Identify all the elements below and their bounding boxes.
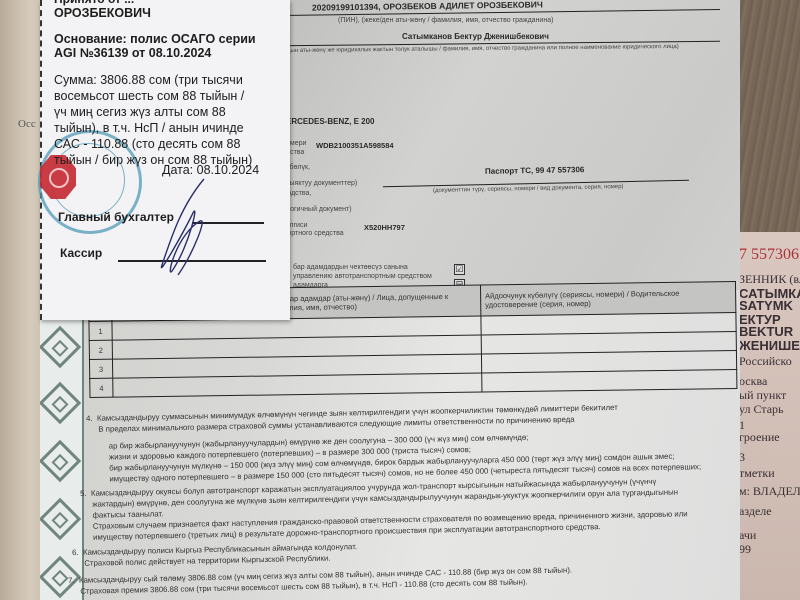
ornament-icon [40, 382, 81, 424]
row-num: 2 [89, 340, 112, 359]
cashier-label: Кассир [60, 246, 102, 260]
clause-4: 4. Камсыздандыруу суммасынын минимумдук … [86, 400, 701, 485]
owner-name: Сатымканов Бектур Дженишбекович [402, 32, 549, 41]
passport-text-line: тметки [739, 466, 775, 481]
ornament-icon [40, 440, 81, 482]
clause-number: 6. [72, 548, 79, 557]
license-cell [482, 369, 737, 392]
basis-line-1: Основание: полис ОСАГО серии [54, 32, 256, 46]
unlimited-drivers-checkbox[interactable]: ☑ [454, 264, 465, 275]
doc-label-2: сыяктуу документтер) [286, 180, 357, 187]
passport-text-line: азделе [739, 504, 772, 519]
passport-text-line: ул Старь [739, 402, 784, 417]
passport-text-line: BEKTUR [739, 324, 793, 339]
vehicle-passport: 7 557306 ЗЕННИК (влСАТЫМКАНSATYMKЕКТУРBE… [735, 232, 800, 600]
sum-line-1: Сумма: 3806.88 сом (три тысячи [54, 73, 243, 87]
doc-label-4: логичный документ) [286, 206, 352, 213]
passport-text-line: ЗЕННИК (вл [739, 272, 800, 287]
clause-number: 5. [80, 489, 87, 498]
header-license: Айдоочунук күбөлүгү (сериясы, номери) / … [480, 281, 735, 316]
plate-label-2: юртного средства [286, 230, 344, 237]
passport-text-line: ый пункт [739, 388, 786, 403]
unlimited-label-2: управлению автотранспортным средством [293, 273, 432, 280]
sum-line-5: САС - 110.88 (сто десять сом 88 [54, 137, 240, 151]
row-num: 3 [89, 359, 112, 378]
passport-text-line: SATYMK [739, 298, 793, 313]
plate-number: X520HH797 [364, 223, 405, 232]
passport-number: 7 557306 [739, 246, 799, 264]
passport-text-line: Российско [739, 354, 792, 369]
sum-line-2: восемьсот шесть сом 88 тыйын / [54, 89, 244, 103]
passport-text-line: м: ВЛАДЕЛ [739, 484, 800, 499]
passport-text-line: гроение [739, 430, 780, 445]
payer-patronymic: ОРОЗБЕКОВИЧ [54, 6, 151, 20]
signature-scribble [142, 175, 222, 285]
sum-line-4: тыйын), в т.ч. НсП / анын ичинде [54, 121, 244, 135]
ornament-icon [40, 326, 81, 368]
vin-value: WDB2100351A598584 [316, 141, 394, 150]
passport-text-line: 99 [739, 542, 751, 557]
passport-text-line: ачи [739, 528, 756, 543]
row-num: 4 [90, 378, 113, 397]
passport-text-line: осква [739, 374, 767, 389]
insurer-caption: (ПИН), (жеке/ден аты-жөнү / фамилия, имя… [338, 17, 553, 24]
clause-number: 7. [68, 576, 75, 585]
vehicle-model: ERCEDES-BENZ, E 200 [286, 117, 374, 126]
basis-line-2: AGI №36139 от 08.10.2024 [54, 46, 211, 60]
vehicle-doc-value: Паспорт ТС, 99 47 557306 [485, 165, 584, 176]
row-num: 1 [89, 321, 112, 340]
passport-text-line: ЖЕНИШЕ [739, 338, 800, 353]
unlimited-label-1: бар адамдардын чектөөсүз санына [293, 264, 408, 271]
ornament-icon [40, 498, 81, 540]
payment-receipt: Принято от ... ОРОЗБЕКОВИЧ Основание: по… [40, 0, 290, 320]
folder-text: Осс [18, 118, 36, 130]
clause-number: 4. [86, 414, 93, 423]
sum-line-3: үч миң сегиз жүз алты сом 88 [54, 105, 226, 119]
